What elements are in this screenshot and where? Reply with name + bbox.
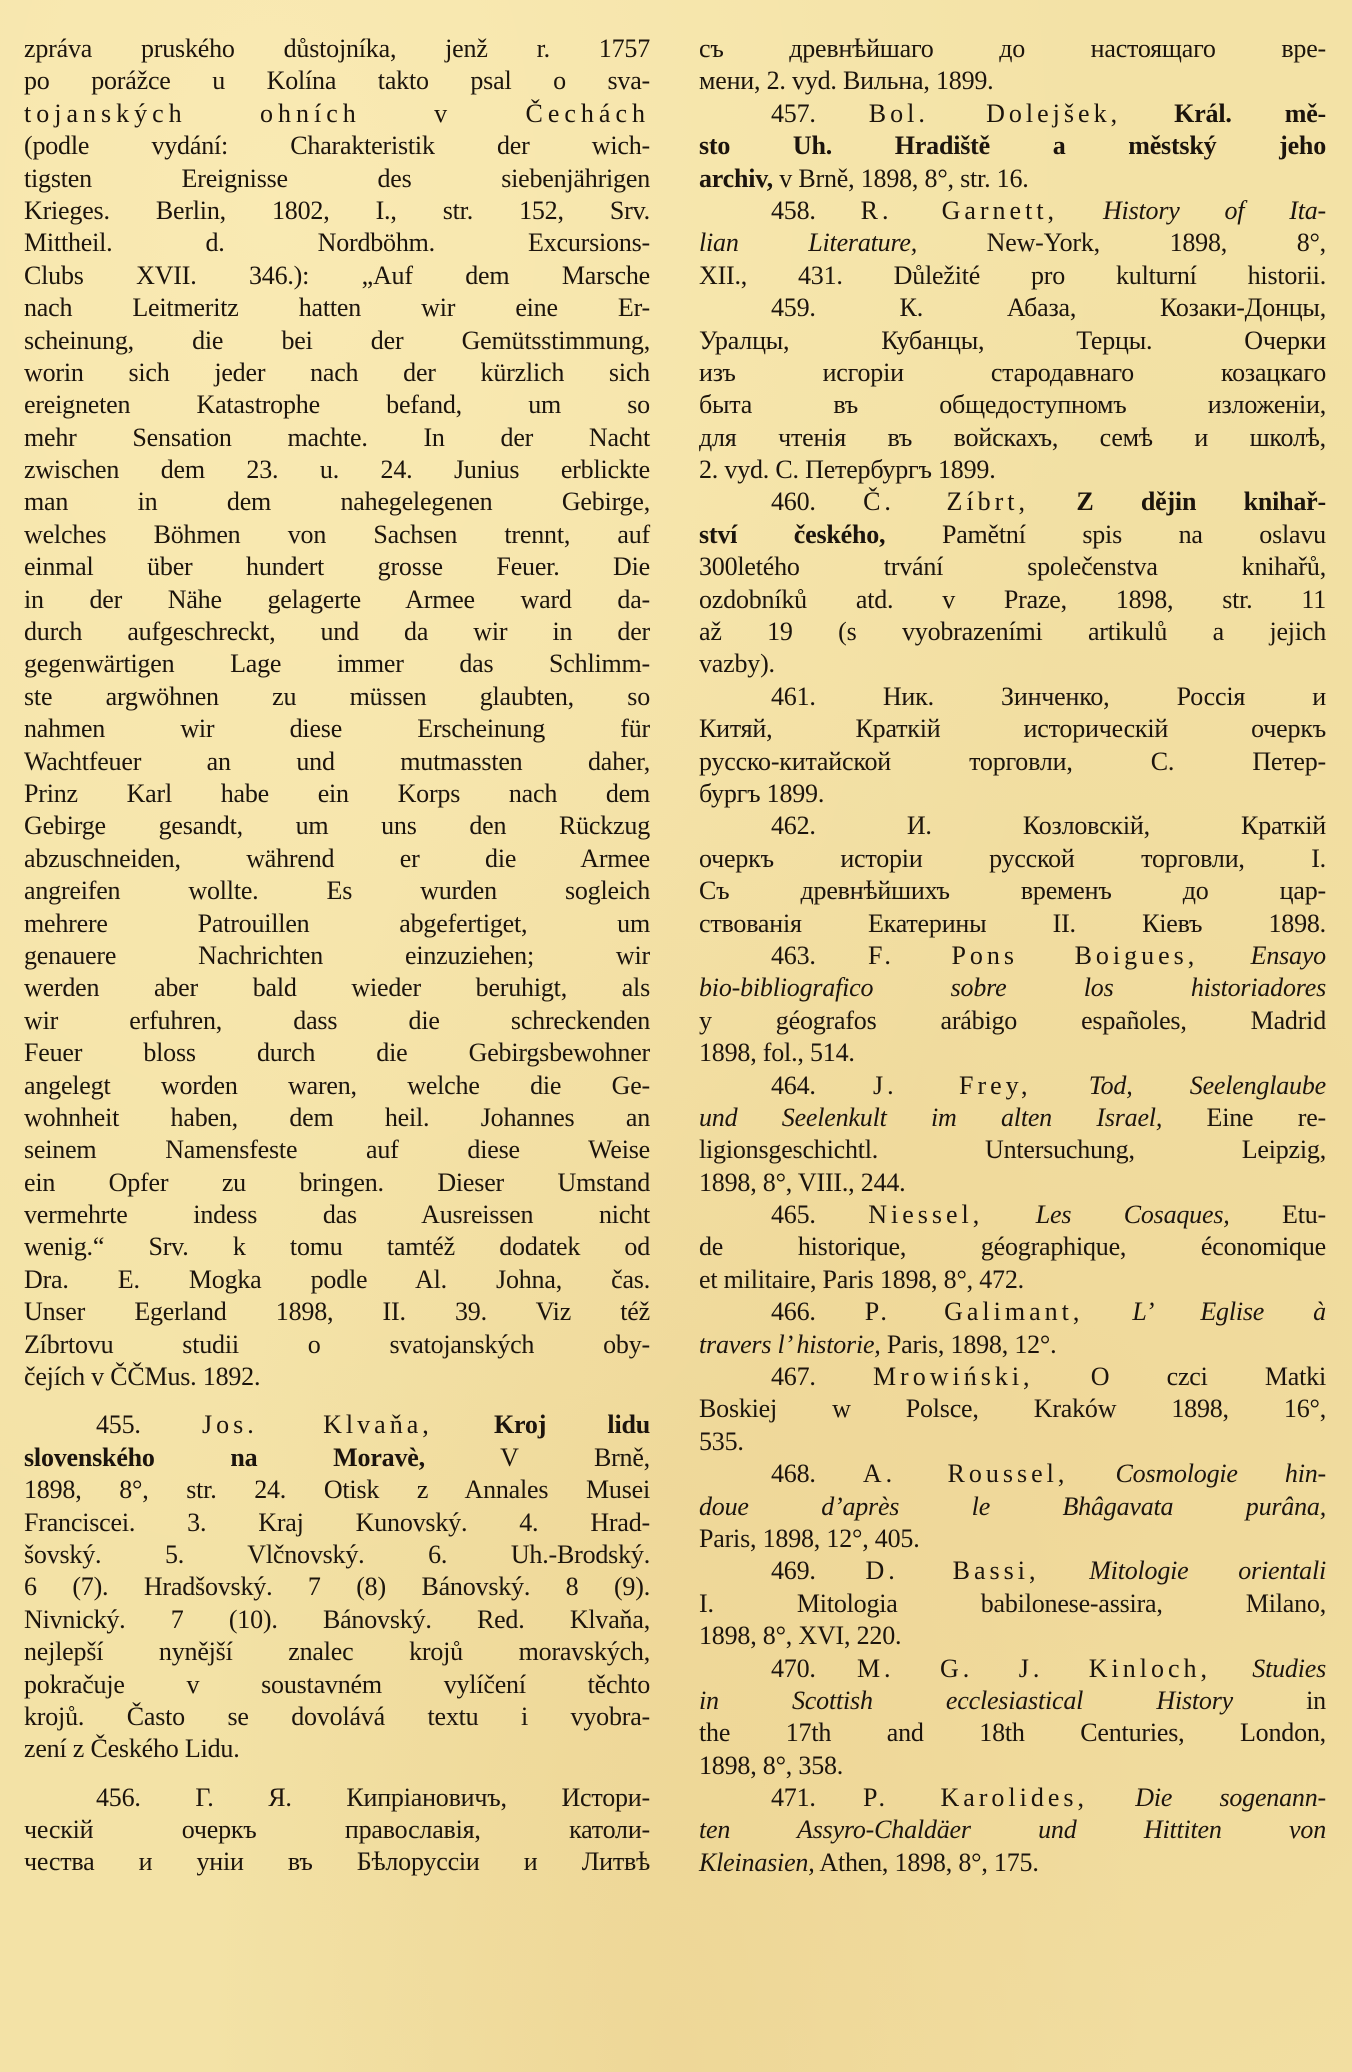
text-line: Dra. E. Mogka podle Al. Johna, čas. <box>24 1264 650 1296</box>
entry-number: 463. <box>771 941 816 970</box>
entry-text: V Brně, <box>500 1443 650 1472</box>
entry-456-heading: 456. Г. Я. Кипріановичъ, Истори- <box>24 1782 650 1814</box>
entry-title: ství českého, <box>699 520 885 549</box>
text-line: zwischen dem 23. u. 24. Junius erblickte <box>24 454 650 486</box>
entry-text: in <box>1306 1686 1326 1715</box>
entry-author: Niessel, <box>868 1200 983 1229</box>
scanned-page: zpráva pruského důstojníka, jenž r. 1757… <box>0 0 1352 2072</box>
entry-author: Bol. Dolejšek, <box>869 99 1121 128</box>
text-line: для чтенія въ войскахъ, семѣ и школѣ, <box>699 422 1326 454</box>
entry-460-heading: 460. Č. Zíbrt, Z dějin knihař- <box>699 486 1326 518</box>
entry-title: slovenského na Moravè, <box>24 1443 425 1472</box>
text-line: ozdobníků atd. v Praze, 1898, str. 11 <box>699 584 1326 616</box>
text-line: 300letého trvání společenstva knihařů, <box>699 551 1326 583</box>
entry-title: L’ Eglise à <box>1132 1297 1326 1326</box>
entry-title: und Seelenkult im alten Israel, <box>699 1103 1162 1132</box>
entry-number: 459. <box>771 293 816 322</box>
entry-text: К. Абаза, Козаки-Донцы, <box>900 293 1326 322</box>
text-line: Prinz Karl habe ein Korps nach dem <box>24 778 650 810</box>
entry-author: F. Pons Boigues, <box>868 941 1198 970</box>
paragraph-gap <box>24 1393 650 1409</box>
entry-text: Ник. Зинченко, Россія и <box>883 682 1326 711</box>
text-line: 6 (7). Hradšovský. 7 (8) Bánovský. 8 (9)… <box>24 1571 650 1603</box>
text-line: welches Böhmen von Sachsen trennt, auf <box>24 519 650 551</box>
entry-text: Etu- <box>1282 1200 1326 1229</box>
entry-text: New-York, 1898, 8°, <box>987 228 1326 257</box>
entry-title: sto Uh. Hradiště a městský jeho <box>699 131 1326 160</box>
entry-number: 455. <box>96 1410 141 1439</box>
right-column: съ древнѣйшаго до настоящаго вре- мени, … <box>699 33 1326 1879</box>
text-line: ste argwöhnen zu müssen glaubten, so <box>24 681 650 713</box>
text-line: Mittheil. d. Nordböhm. Excursions- <box>24 227 650 259</box>
text-line: man in dem nahegelegenen Gebirge, <box>24 486 650 518</box>
entry-title: lian Literature, <box>699 228 917 257</box>
text-line: I. Mitologia babilonese-assira, Milano, <box>699 1588 1326 1620</box>
text-line: durch aufgeschreckt, und da wir in der <box>24 616 650 648</box>
text-line: vermehrte indess das Ausreissen nicht <box>24 1199 650 1231</box>
entry-title: Cosmologie hin- <box>1116 1459 1326 1488</box>
text-line: nach Leitmeritz hatten wir eine Er- <box>24 292 650 324</box>
entry-text: Г. Я. Кипріановичъ, Истори- <box>195 1783 650 1812</box>
entry-title: archiv, <box>699 164 773 193</box>
entry-number: 456. <box>96 1783 141 1812</box>
entry-457-heading: 457. Bol. Dolejšek, Král. mě- <box>699 98 1326 130</box>
paragraph-gap <box>24 1766 650 1782</box>
text-line: Съ древнѣйшихъ временъ до цар- <box>699 875 1326 907</box>
text-line: bio-bibliografico sobre los historiadore… <box>699 972 1326 1004</box>
text-line: Paris, 1898, 12°, 405. <box>699 1523 1326 1555</box>
text-line: ein Opfer zu bringen. Dieser Umstand <box>24 1167 650 1199</box>
entry-461-heading: 461. Ник. Зинченко, Россія и <box>699 681 1326 713</box>
entry-author: J. Frey, <box>873 1071 1032 1100</box>
text-line: angelegt worden waren, welche die Ge- <box>24 1070 650 1102</box>
text-line: scheinung, die bei der Gemütsstimmung, <box>24 325 650 357</box>
text-line: angreifen wollte. Es wurden sogleich <box>24 875 650 907</box>
text-line: einmal über hundert grosse Feuer. Die <box>24 551 650 583</box>
entry-text: v Brně, 1898, 8°, str. 16. <box>779 164 1028 193</box>
text-line: мени, 2. vyd. Вильна, 1899. <box>699 65 1326 97</box>
text-line: gegenwärtigen Lage immer das Schlimm- <box>24 648 650 680</box>
entry-469-heading: 469. D. Bassi, Mitologie orientali <box>699 1555 1326 1587</box>
entry-text: Athen, 1898, 8°, 175. <box>819 1848 1038 1877</box>
entry-455-heading: 455. Jos. Klvaňa, Kroj lidu <box>24 1409 650 1441</box>
text-line: worin sich jeder nach der kürzlich sich <box>24 357 650 389</box>
text-line: et militaire, Paris 1898, 8°, 472. <box>699 1264 1326 1296</box>
entry-468-heading: 468. A. Roussel, Cosmologie hin- <box>699 1458 1326 1490</box>
entry-text: И. Козловскій, Краткій <box>907 811 1326 840</box>
text-line: ligionsgeschichtl. Untersuchung, Leipzig… <box>699 1134 1326 1166</box>
text-line: (podle vydání: Charakteristik der wich- <box>24 130 650 162</box>
entry-title: in Scottish ecclesiastical History <box>699 1686 1233 1715</box>
text-line: ствованія Екатерины II. Кіевъ 1898. <box>699 908 1326 940</box>
entry-number: 471. <box>771 1783 816 1812</box>
text-line: doue d’après le Bhâgavata purâna, <box>699 1491 1326 1523</box>
entry-title: Kleinasien, <box>699 1848 815 1877</box>
entry-title: travers l’ historie, <box>699 1330 881 1359</box>
entry-text: Pamětní spis na oslavu <box>942 520 1326 549</box>
entry-author: M. G. J. Kinloch, <box>857 1654 1211 1683</box>
text-line: Unser Egerland 1898, II. 39. Viz též <box>24 1296 650 1328</box>
entry-number: 460. <box>771 487 816 516</box>
text-line: 1898, 8°, 358. <box>699 1750 1326 1782</box>
text-line: XII., 431. Důležité pro kulturní histori… <box>699 260 1326 292</box>
entry-number: 457. <box>771 99 816 128</box>
entry-number: 458. <box>771 196 816 225</box>
text-line: ství českého, Pamětní spis na oslavu <box>699 519 1326 551</box>
entry-number: 465. <box>771 1200 816 1229</box>
entry-author: P. Karolides, <box>863 1783 1088 1812</box>
entry-number: 467. <box>771 1362 816 1391</box>
text-line: Китяй, Краткій историческій очеркъ <box>699 713 1326 745</box>
text-line: genauere Nachrichten einzuziehen; wir <box>24 940 650 972</box>
text-line: mehrere Patrouillen abgefertiget, um <box>24 908 650 940</box>
entry-title: Z dějin knihař- <box>1076 487 1326 516</box>
text-line: nahmen wir diese Erscheinung für <box>24 713 650 745</box>
entry-467-heading: 467. Mrowiński, O czci Matki <box>699 1361 1326 1393</box>
entry-author: Č. Zíbrt, <box>863 487 1029 516</box>
entry-text: Eine re- <box>1207 1103 1327 1132</box>
text-line: 1898, fol., 514. <box>699 1037 1326 1069</box>
text-line: Feuer bloss durch die Gebirgsbewohner <box>24 1037 650 1069</box>
entry-author: D. Bassi, <box>865 1556 1039 1585</box>
text-line: Wachtfeuer an und mutmassten daher, <box>24 746 650 778</box>
text-line: archiv, v Brně, 1898, 8°, str. 16. <box>699 163 1326 195</box>
text-line: быта въ общедоступномъ изложеніи, <box>699 389 1326 421</box>
entry-title: doue d’après le Bhâgavata purâna, <box>699 1492 1326 1521</box>
text-line: 1898, 8°, XVI, 220. <box>699 1620 1326 1652</box>
entry-464-heading: 464. J. Frey, Tod, Seelenglaube <box>699 1070 1326 1102</box>
text-line: 1898, 8°, str. 24. Otisk z Annales Musei <box>24 1474 650 1506</box>
text-line: Zíbrtovu studii o svatojanských oby- <box>24 1329 650 1361</box>
text-line: zení z Českého Lidu. <box>24 1733 650 1765</box>
text-line: Boskiej w Polsce, Kraków 1898, 16°, <box>699 1393 1326 1425</box>
entry-number: 462. <box>771 811 816 840</box>
entry-title: Mitologie orientali <box>1089 1556 1326 1585</box>
text-line: Kleinasien, Athen, 1898, 8°, 175. <box>699 1847 1326 1879</box>
entry-author: R. Garnett, <box>861 196 1058 225</box>
entry-title: Král. mě- <box>1174 99 1326 128</box>
text-line: wohnheit haben, dem heil. Johannes an <box>24 1102 650 1134</box>
text-line: tigsten Ereignisse des siebenjährigen <box>24 163 650 195</box>
entry-number: 461. <box>771 682 816 711</box>
entry-title: Studies <box>1252 1654 1326 1683</box>
text-line: 535. <box>699 1426 1326 1458</box>
text-line: zpráva pruského důstojníka, jenž r. 1757 <box>24 33 650 65</box>
text-line: съ древнѣйшаго до настоящаго вре- <box>699 33 1326 65</box>
text-line: чества и унiи въ Бѣлоруссiи и Литвѣ <box>24 1846 650 1878</box>
text-line: wenig.“ Srv. k tomu tamtéž dodatek od <box>24 1231 650 1263</box>
entry-462-heading: 462. И. Козловскій, Краткій <box>699 810 1326 842</box>
text-line: Gebirge gesandt, um uns den Rückzug <box>24 810 650 842</box>
left-column: zpráva pruského důstojníka, jenž r. 1757… <box>24 33 650 1879</box>
text-line: pokračuje v soustavném vylíčení těchto <box>24 1669 650 1701</box>
entry-author: Mrowiński, <box>873 1362 1034 1391</box>
entry-title: Die sogenann- <box>1135 1783 1326 1812</box>
entry-author: Jos. Klvaňa, <box>202 1410 433 1439</box>
entry-author: A. Roussel, <box>863 1459 1068 1488</box>
text-line: slovenského na Moravè, V Brně, <box>24 1442 650 1474</box>
text-line: in Scottish ecclesiastical History in <box>699 1685 1326 1717</box>
entry-title: Tod, Seelenglaube <box>1089 1071 1326 1100</box>
entry-title: bio-bibliografico sobre los historiadore… <box>699 973 1326 1002</box>
text-line: až 19 (s vyobrazeními artikulů a jejich <box>699 616 1326 648</box>
text-line: Krieges. Berlin, 1802, I., str. 152, Srv… <box>24 195 650 227</box>
text-line: Franciscei. 3. Kraj Kunovský. 4. Hrad- <box>24 1507 650 1539</box>
text-line: in der Nähe gelagerte Armee ward da- <box>24 584 650 616</box>
text-line: русско-китайской торговли, С. Петер- <box>699 746 1326 778</box>
text-line: seinem Namensfeste auf diese Weise <box>24 1134 650 1166</box>
text-line: tojanských ohních v Čechách <box>24 98 650 130</box>
text-line: šovský. 5. Vlčnovský. 6. Uh.-Brodský. <box>24 1539 650 1571</box>
text-line: the 17th and 18th Centuries, London, <box>699 1717 1326 1749</box>
entry-number: 464. <box>771 1071 816 1100</box>
text-line: po porážce u Kolína takto psal o sva- <box>24 65 650 97</box>
entry-number: 466. <box>771 1297 816 1326</box>
text-line: mehr Sensation machte. In der Nacht <box>24 422 650 454</box>
text-line: werden aber bald wieder beruhigt, als <box>24 972 650 1004</box>
entry-471-heading: 471. P. Karolides, Die sogenann- <box>699 1782 1326 1814</box>
entry-470-heading: 470. M. G. J. Kinloch, Studies <box>699 1653 1326 1685</box>
text-line: Nivnický. 7 (10). Bánovský. Red. Klvaňa, <box>24 1604 650 1636</box>
text-line: lian Literature, New-York, 1898, 8°, <box>699 227 1326 259</box>
text-line: čejích v ČČMus. 1892. <box>24 1361 650 1393</box>
text-line: wir erfuhren, dass die schreckenden <box>24 1005 650 1037</box>
entry-458-heading: 458. R. Garnett, History of Ita- <box>699 195 1326 227</box>
text-line: vazby). <box>699 648 1326 680</box>
text-line: очеркъ исторіи русской торговли, I. <box>699 843 1326 875</box>
text-line: ten Assyro-Chaldäer und Hittiten von <box>699 1814 1326 1846</box>
entry-title: ten Assyro-Chaldäer und Hittiten von <box>699 1815 1326 1844</box>
text-line: ческій очеркъ православія, католи- <box>24 1814 650 1846</box>
entry-number: 469. <box>771 1556 816 1585</box>
entry-number: 468. <box>771 1459 816 1488</box>
entry-author: P. Galimant, <box>865 1297 1084 1326</box>
text-line: de historique, géographique, économique <box>699 1231 1326 1263</box>
text-line: изъ исгоріи стародавнаго козацкаго <box>699 357 1326 389</box>
entry-number: 470. <box>771 1654 816 1683</box>
entry-459-heading: 459. К. Абаза, Козаки-Донцы, <box>699 292 1326 324</box>
text-line: sto Uh. Hradiště a městský jeho <box>699 130 1326 162</box>
text-line: 2. vyd. С. Петербургъ 1899. <box>699 454 1326 486</box>
text-line: nejlepší nynější znalec krojů moravských… <box>24 1636 650 1668</box>
entry-title: Ensayo <box>1251 941 1326 970</box>
text-line: abzuschneiden, während er die Armee <box>24 843 650 875</box>
entry-title: History of Ita- <box>1103 196 1326 225</box>
text-line: Clubs XVII. 346.): „Auf dem Marsche <box>24 260 650 292</box>
entry-text: Paris, 1898, 12°. <box>887 1330 1057 1359</box>
text-line: 1898, 8°, VIII., 244. <box>699 1167 1326 1199</box>
text-line: бургъ 1899. <box>699 778 1326 810</box>
entry-title: Kroj lidu <box>494 1410 650 1439</box>
text-line: Уралцы, Кубанцы, Терцы. Очерки <box>699 325 1326 357</box>
entry-463-heading: 463. F. Pons Boigues, Ensayo <box>699 940 1326 972</box>
entry-text: O czci Matki <box>1091 1362 1326 1391</box>
text-line: krojů. Často se dovolává textu i vyobra- <box>24 1701 650 1733</box>
text-line: travers l’ historie, Paris, 1898, 12°. <box>699 1329 1326 1361</box>
text-line: und Seelenkult im alten Israel, Eine re- <box>699 1102 1326 1134</box>
entry-title: Les Cosaques, <box>1036 1200 1230 1229</box>
text-line: ereigneten Katastrophe befand, um so <box>24 389 650 421</box>
text-line: y géografos arábigo españoles, Madrid <box>699 1005 1326 1037</box>
entry-466-heading: 466. P. Galimant, L’ Eglise à <box>699 1296 1326 1328</box>
entry-465-heading: 465. Niessel, Les Cosaques, Etu- <box>699 1199 1326 1231</box>
